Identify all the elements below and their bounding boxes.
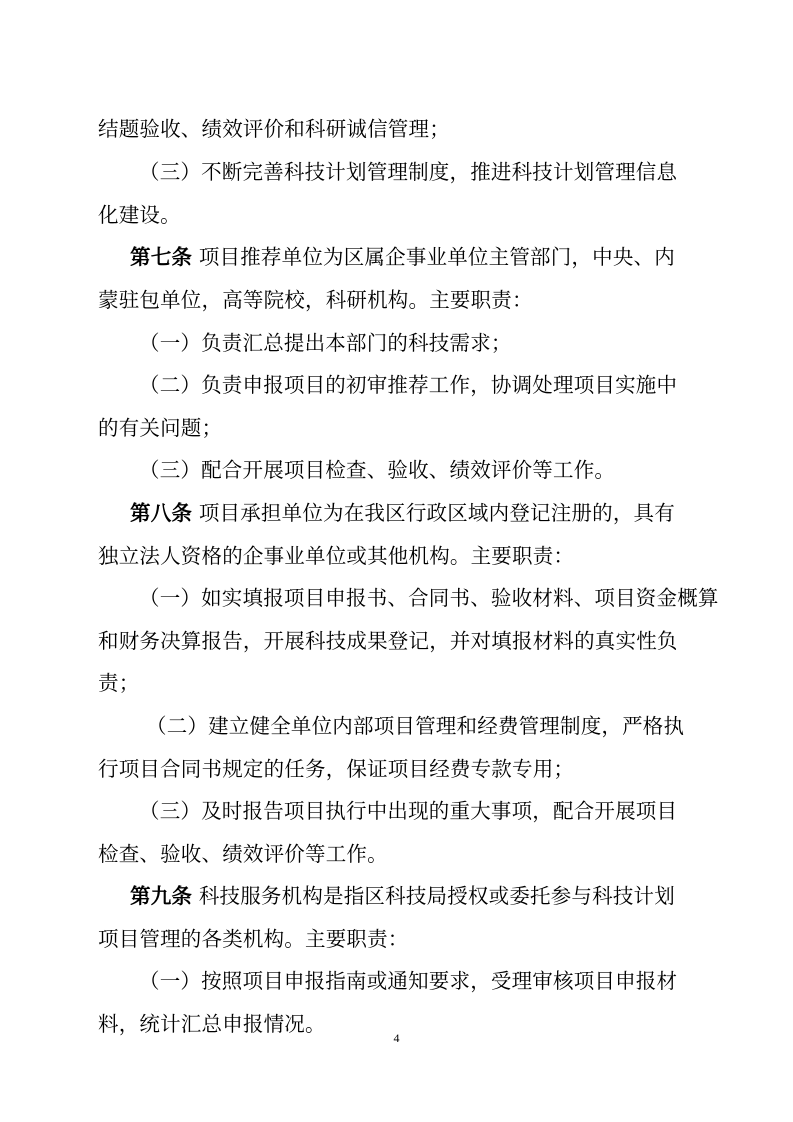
line-text: 结题验收、绩效评价和科研诚信管理；: [98, 117, 450, 141]
line-text: 和财务决算报告，开展科技成果登记，并对填报材料的真实性负: [98, 629, 678, 653]
paragraph-line: （一）按照项目申报指南或通知要求，受理审核项目申报材: [139, 969, 749, 993]
paragraph-line: （一）如实填报项目申报书、合同书、验收材料、项目资金概算: [139, 586, 749, 610]
line-text: 项目管理的各类机构。主要职责：: [98, 927, 409, 951]
paragraph-line: 和财务决算报告，开展科技成果登记，并对填报材料的真实性负: [98, 629, 708, 653]
line-text: （三）配合开展项目检查、验收、绩效评价等工作。: [139, 458, 615, 482]
paragraph-line: （三）配合开展项目检查、验收、绩效评价等工作。: [139, 458, 749, 482]
paragraph-line: 项目管理的各类机构。主要职责：: [98, 927, 708, 951]
paragraph-line: （一）负责汇总提出本部门的科技需求；: [139, 331, 749, 355]
line-text: （二）负责申报项目的初审推荐工作，协调处理项目实施中: [139, 373, 677, 397]
line-text: （一）负责汇总提出本部门的科技需求；: [139, 331, 512, 355]
line-text: 化建设。: [98, 203, 181, 227]
paragraph-line: （三）不断完善科技计划管理制度，推进科技计划管理信息: [139, 160, 749, 184]
paragraph-line: 蒙驻包单位，高等院校，科研机构。主要职责：: [98, 288, 708, 312]
line-text: 项目承担单位为在我区行政区域内登记注册的，具有: [192, 501, 675, 525]
paragraph-line: （三）及时报告项目执行中出现的重大事项，配合开展项目: [139, 799, 749, 823]
paragraph-line: （二）负责申报项目的初审推荐工作，协调处理项目实施中: [139, 373, 749, 397]
paragraph-line: （二）建立健全单位内部项目管理和经费管理制度，严格执: [146, 714, 756, 738]
paragraph-line: 化建设。: [98, 203, 708, 227]
line-text: （三）不断完善科技计划管理制度，推进科技计划管理信息: [139, 160, 677, 184]
line-text: 责；: [98, 671, 139, 695]
line-text: （一）如实填报项目申报书、合同书、验收材料、项目资金概算: [139, 586, 719, 610]
line-text: （二）建立健全单位内部项目管理和经费管理制度，严格执: [146, 714, 684, 738]
article-8-heading-line: 第八条 项目承担单位为在我区行政区域内登记注册的，具有: [130, 501, 740, 525]
line-text: 行项目合同书规定的任务，保证项目经费专款专用；: [98, 757, 574, 781]
line-text: 的有关问题；: [98, 416, 222, 440]
article-9-heading-line: 第九条 科技服务机构是指区科技局授权或委托参与科技计划: [130, 884, 740, 908]
line-text: （三）及时报告项目执行中出现的重大事项，配合开展项目: [139, 799, 677, 823]
line-text: 项目推荐单位为区属企事业单位主管部门，中央、内: [192, 245, 675, 269]
line-text: 检查、验收、绩效评价等工作。: [98, 842, 388, 866]
article-number: 第八条: [130, 501, 192, 525]
article-number: 第九条: [130, 884, 192, 908]
article-number: 第七条: [130, 245, 192, 269]
document-page: 结题验收、绩效评价和科研诚信管理； （三）不断完善科技计划管理制度，推进科技计划…: [0, 0, 793, 1122]
article-7-heading-line: 第七条 项目推荐单位为区属企事业单位主管部门，中央、内: [130, 245, 740, 269]
paragraph-line: 行项目合同书规定的任务，保证项目经费专款专用；: [98, 757, 708, 781]
line-text: 蒙驻包单位，高等院校，科研机构。主要职责：: [98, 288, 533, 312]
line-text: 独立法人资格的企事业单位或其他机构。主要职责：: [98, 544, 574, 568]
paragraph-line: 责；: [98, 671, 708, 695]
line-text: 科技服务机构是指区科技局授权或委托参与科技计划: [192, 884, 675, 908]
paragraph-line: 检查、验收、绩效评价等工作。: [98, 842, 708, 866]
line-text: （一）按照项目申报指南或通知要求，受理审核项目申报材: [139, 969, 677, 993]
paragraph-line: 独立法人资格的企事业单位或其他机构。主要职责：: [98, 544, 708, 568]
paragraph-line: 结题验收、绩效评价和科研诚信管理；: [98, 117, 708, 141]
paragraph-line: 的有关问题；: [98, 416, 708, 440]
page-number: 4: [0, 1031, 793, 1046]
